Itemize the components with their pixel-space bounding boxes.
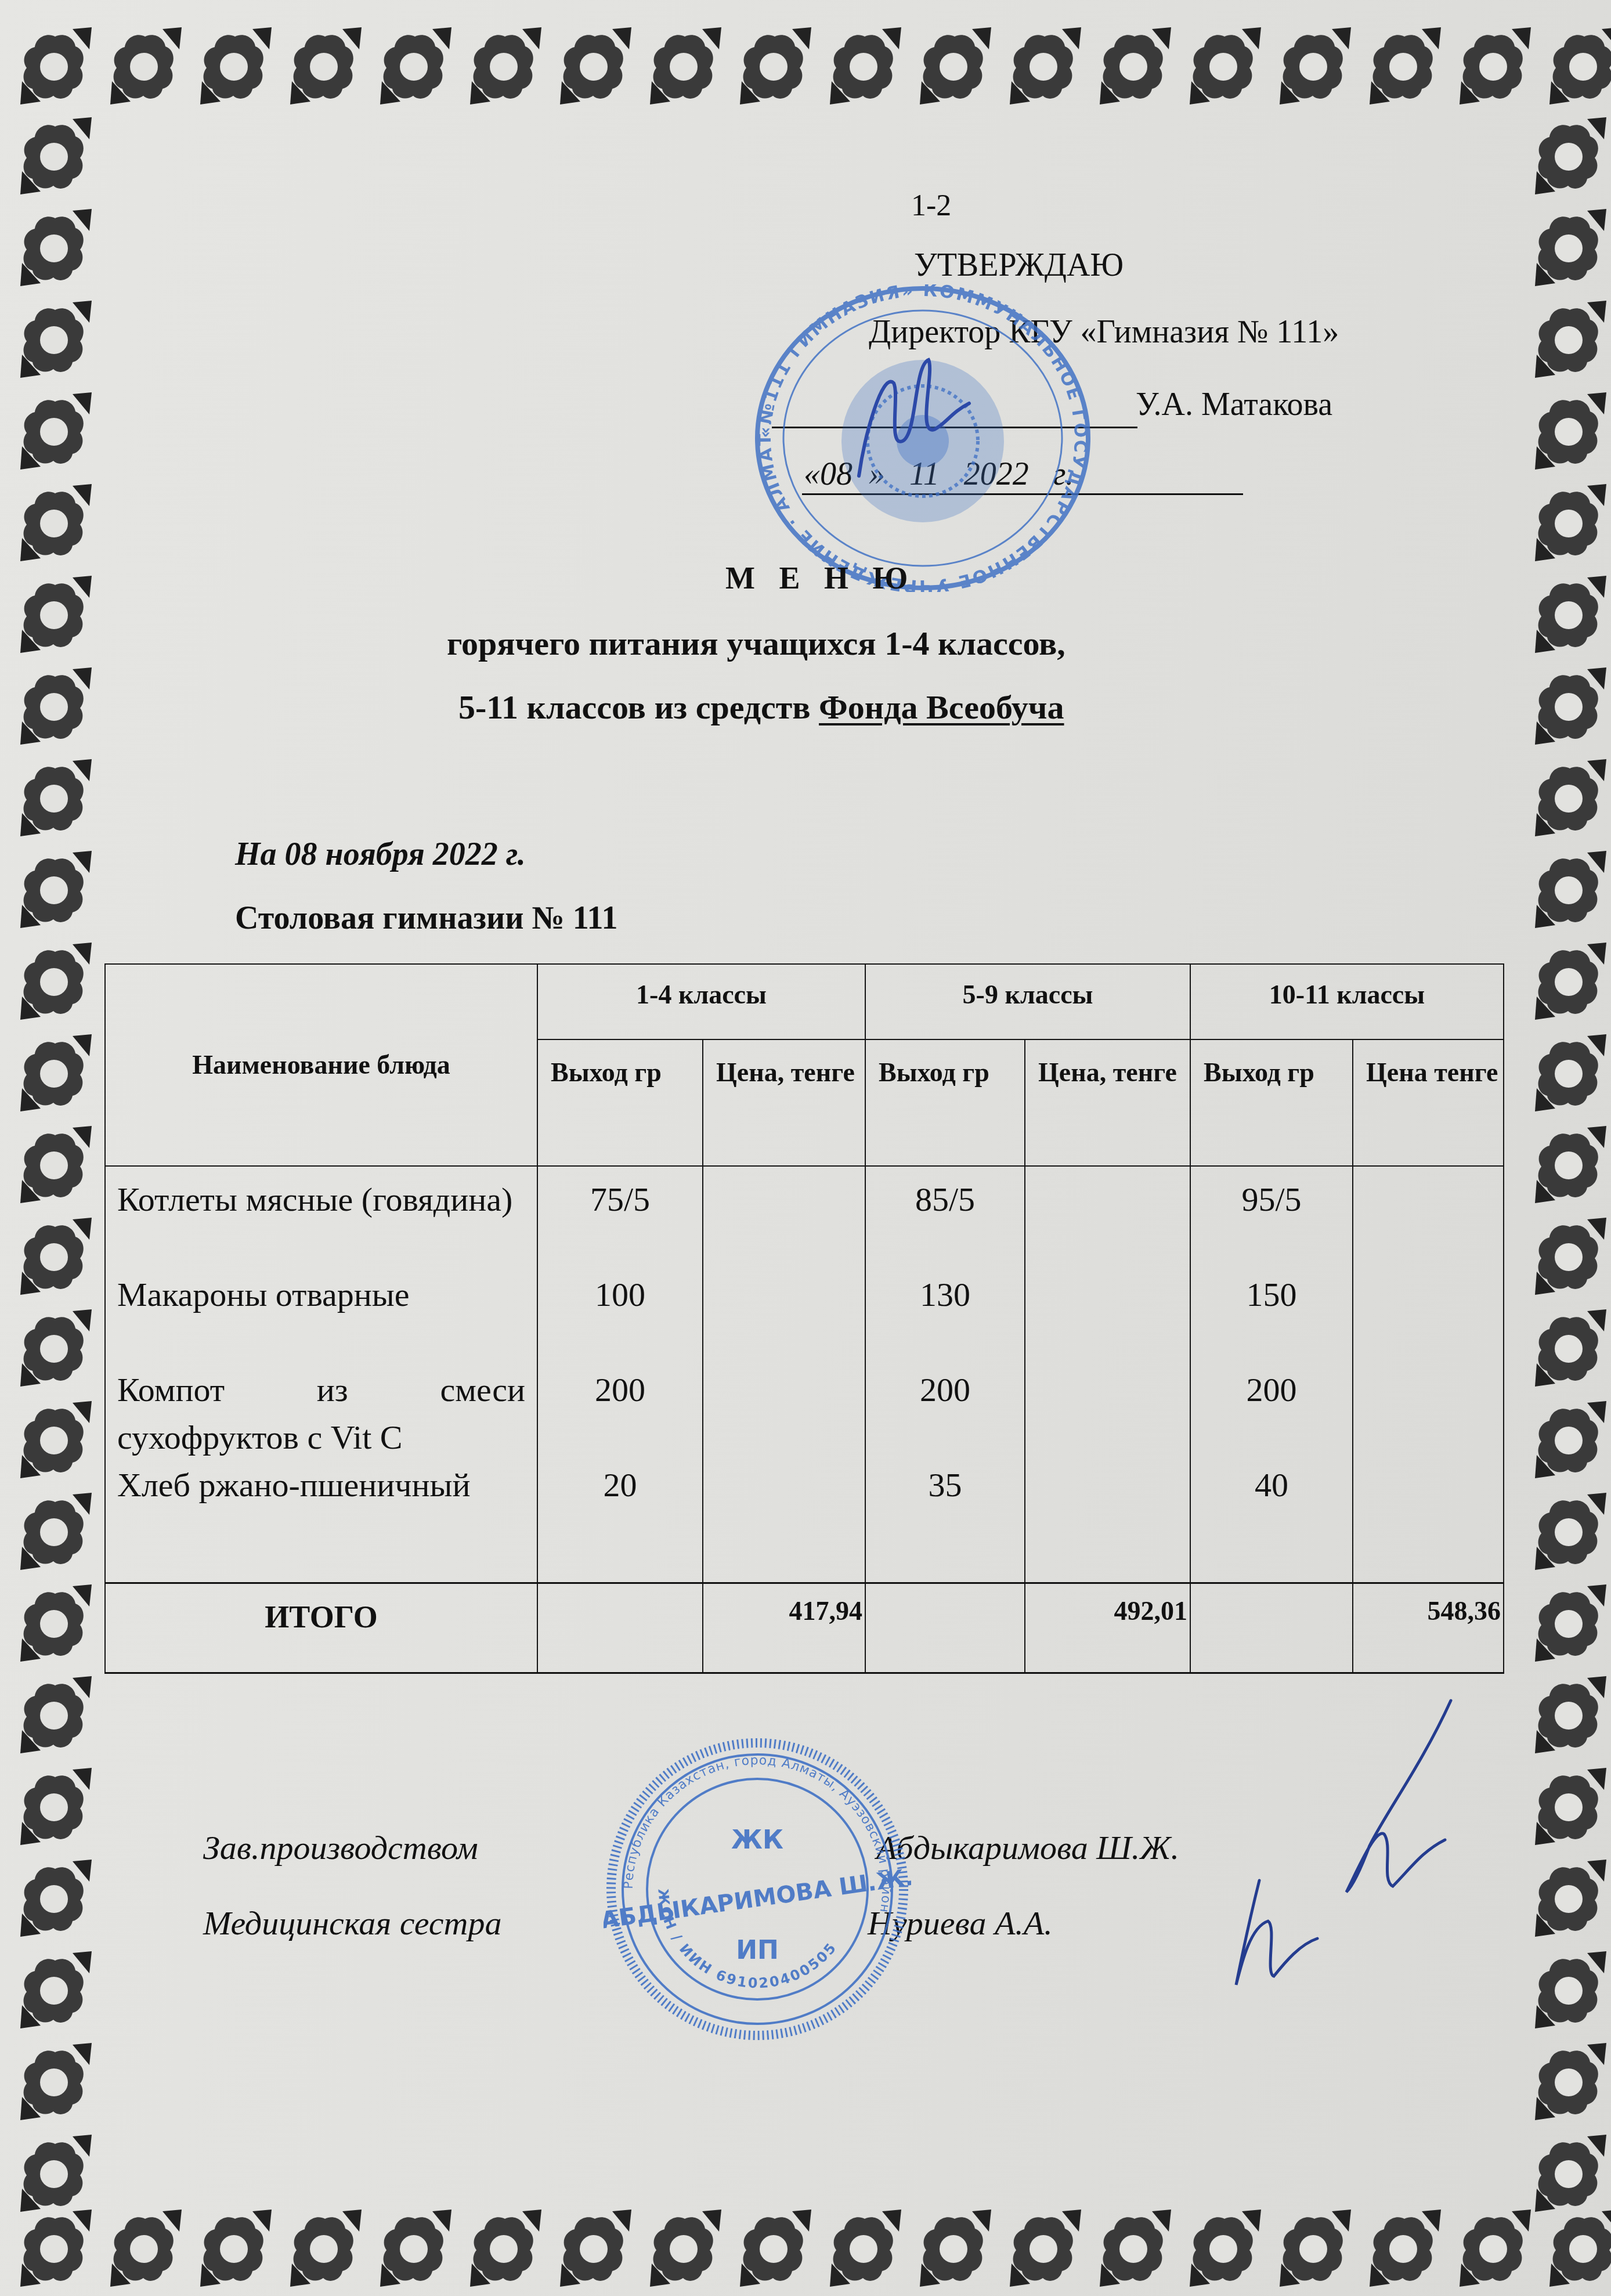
- flower-ornament-icon: [1532, 208, 1608, 289]
- flower-ornament-icon: [1097, 2208, 1172, 2290]
- flower-ornament-icon: [17, 1950, 93, 2031]
- signature-line: [772, 427, 1137, 428]
- flower-ornament-icon: [1532, 666, 1608, 748]
- yield-value: 200: [1191, 1366, 1352, 1461]
- flower-ornament-icon: [17, 2042, 93, 2123]
- empty-cell: [537, 1583, 703, 1673]
- flower-ornament-icon: [17, 1400, 93, 1481]
- flower-ornament-icon: [197, 2208, 273, 2290]
- yield-value: 75/5: [538, 1176, 702, 1271]
- flower-ornament-icon: [17, 299, 93, 381]
- flower-ornament-icon: [17, 1858, 93, 1940]
- flower-ornament-icon: [17, 208, 93, 289]
- signature-role: Медицинская сестра: [203, 1904, 501, 1943]
- flower-ornament-icon: [1007, 2208, 1082, 2290]
- flower-ornament-icon: [1457, 26, 1532, 107]
- yield-value: 95/5: [1191, 1176, 1352, 1271]
- flower-ornament-icon: [17, 1583, 93, 1665]
- approval-position: Директор КГУ «Гимназия № 111»: [869, 313, 1339, 351]
- flower-ornament-icon: [17, 26, 93, 107]
- page-number: 1-2: [911, 189, 951, 223]
- table-row: Котлеты мясные (говядина) Макароны отвар…: [105, 1166, 1504, 1583]
- yield-value: 35: [866, 1461, 1024, 1557]
- flower-ornament-icon: [917, 2208, 992, 2290]
- signature-name: Нуриева А.А.: [868, 1904, 1053, 1943]
- flower-ornament-icon: [1277, 2208, 1352, 2290]
- flower-ornament-icon: [1097, 26, 1172, 107]
- flower-ornament-icon: [1187, 26, 1262, 107]
- flower-ornament-icon: [917, 26, 992, 107]
- date-underline: [802, 493, 1243, 495]
- subtitle-prefix: 5-11 классов из средств: [458, 688, 819, 726]
- group-header: 10-11 классы: [1190, 964, 1504, 1039]
- approval-heading: УТВЕРЖДАЮ: [914, 247, 1124, 284]
- flower-ornament-icon: [287, 2208, 363, 2290]
- flower-ornament-icon: [17, 2133, 93, 2215]
- yield-value: 200: [538, 1366, 702, 1461]
- flower-ornament-icon: [647, 26, 723, 107]
- flower-ornament-icon: [1277, 26, 1352, 107]
- canteen-name: Столовая гимназии № 111: [235, 900, 618, 937]
- director-name: У.А. Матакова: [1136, 386, 1332, 423]
- flower-ornament-icon: [1457, 2208, 1532, 2290]
- flower-ornament-icon: [1532, 483, 1608, 564]
- price-column: [703, 1166, 865, 1583]
- flower-ornament-icon: [17, 483, 93, 564]
- flower-ornament-icon: [17, 391, 93, 472]
- flower-ornament-icon: [1532, 1216, 1608, 1298]
- yield-header: Выход гр: [1190, 1039, 1353, 1166]
- flower-ornament-icon: [1547, 26, 1611, 107]
- document-title: М Е Н Ю: [725, 560, 916, 596]
- flower-ornament-icon: [17, 1767, 93, 1848]
- menu-table: Наименование блюда 1-4 классы 5-9 классы…: [104, 963, 1504, 1674]
- yield-header: Выход гр: [537, 1039, 703, 1166]
- flower-ornament-icon: [1532, 1858, 1608, 1940]
- flower-ornament-icon: [17, 1675, 93, 1756]
- flower-ornament-icon: [17, 941, 93, 1023]
- flower-ornament-icon: [17, 2208, 93, 2290]
- flower-ornament-icon: [1532, 1400, 1608, 1481]
- flower-ornament-icon: [197, 26, 273, 107]
- yield-value: 130: [866, 1271, 1024, 1366]
- dish-item: Компот из смеси сухофруктов с Vit C: [117, 1366, 525, 1461]
- flower-ornament-icon: [1532, 1125, 1608, 1206]
- flower-ornament-icon: [557, 2208, 633, 2290]
- flower-ornament-icon: [1532, 850, 1608, 931]
- total-price: 548,36: [1353, 1583, 1504, 1673]
- total-price: 492,01: [1025, 1583, 1190, 1673]
- flower-ornament-icon: [1532, 391, 1608, 472]
- flower-ornament-icon: [1532, 1583, 1608, 1665]
- flower-ornament-icon: [737, 2208, 812, 2290]
- flower-ornament-icon: [1532, 1767, 1608, 1848]
- menu-date: На 08 ноября 2022 г.: [235, 836, 526, 873]
- flower-ornament-icon: [17, 850, 93, 931]
- yield-value: 20: [538, 1461, 702, 1557]
- empty-cell: [1190, 1583, 1353, 1673]
- flower-ornament-icon: [1532, 575, 1608, 656]
- yield-value: 40: [1191, 1461, 1352, 1557]
- flower-ornament-icon: [1532, 2133, 1608, 2215]
- flower-ornament-icon: [1532, 758, 1608, 839]
- dish-item: Макароны отварные: [117, 1271, 525, 1366]
- total-price: 417,94: [703, 1583, 865, 1673]
- flower-ornament-icon: [1532, 1492, 1608, 1573]
- dish-name-header: Наименование блюда: [105, 964, 537, 1166]
- yield-column: 85/5 130 200 35: [865, 1166, 1025, 1583]
- yield-column: 95/5 150 200 40: [1190, 1166, 1353, 1583]
- document-subtitle-line2: 5-11 классов из средств Фонда Всеобуча: [458, 688, 1064, 727]
- flower-ornament-icon: [107, 26, 183, 107]
- flower-ornament-icon: [557, 26, 633, 107]
- total-row: ИТОГО 417,94 492,01 548,36: [105, 1583, 1504, 1673]
- flower-ornament-icon: [647, 2208, 723, 2290]
- flower-ornament-icon: [377, 26, 453, 107]
- flower-ornament-icon: [17, 116, 93, 197]
- flower-ornament-icon: [1532, 1308, 1608, 1389]
- price-header: Цена, тенге: [1025, 1039, 1190, 1166]
- flower-ornament-icon: [17, 1125, 93, 1206]
- dish-item: Котлеты мясные (говядина): [117, 1176, 525, 1271]
- total-label: ИТОГО: [105, 1583, 537, 1673]
- flower-ornament-icon: [467, 2208, 543, 2290]
- price-column: [1353, 1166, 1504, 1583]
- flower-ornament-icon: [737, 26, 812, 107]
- price-header: Цена, тенге: [703, 1039, 865, 1166]
- flower-ornament-icon: [1532, 1950, 1608, 2031]
- price-column: [1025, 1166, 1190, 1583]
- flower-ornament-icon: [17, 666, 93, 748]
- flower-ornament-icon: [827, 26, 902, 107]
- signature-role: Зав.производством: [203, 1828, 478, 1867]
- flower-ornament-icon: [17, 1033, 93, 1114]
- flower-ornament-icon: [17, 1216, 93, 1298]
- document-subtitle-line1: горячего питания учащихся 1-4 классов,: [447, 624, 1065, 663]
- yield-value: 100: [538, 1271, 702, 1366]
- signature-name: Абдыкаримова Ш.Ж.: [876, 1828, 1179, 1867]
- yield-value: 85/5: [866, 1176, 1024, 1271]
- dish-list: Котлеты мясные (говядина) Макароны отвар…: [105, 1166, 537, 1583]
- flower-ornament-icon: [827, 2208, 902, 2290]
- yield-header: Выход гр: [865, 1039, 1025, 1166]
- dish-item: Хлеб ржано-пшеничный: [117, 1461, 525, 1557]
- flower-ornament-icon: [17, 1492, 93, 1573]
- flower-ornament-icon: [1367, 2208, 1442, 2290]
- yield-value: 200: [866, 1366, 1024, 1461]
- flower-ornament-icon: [17, 575, 93, 656]
- flower-ornament-icon: [377, 2208, 453, 2290]
- flower-ornament-icon: [1532, 1033, 1608, 1114]
- flower-ornament-icon: [287, 26, 363, 107]
- flower-ornament-icon: [1187, 2208, 1262, 2290]
- yield-column: 75/5 100 200 20: [537, 1166, 703, 1583]
- flower-ornament-icon: [1532, 1675, 1608, 1756]
- flower-ornament-icon: [1532, 941, 1608, 1023]
- flower-ornament-icon: [1367, 26, 1442, 107]
- flower-ornament-icon: [1547, 2208, 1611, 2290]
- group-header: 1-4 классы: [537, 964, 865, 1039]
- flower-ornament-icon: [107, 2208, 183, 2290]
- group-header: 5-9 классы: [865, 964, 1190, 1039]
- flower-ornament-icon: [467, 26, 543, 107]
- fund-name: Фонда Всеобуча: [819, 688, 1064, 726]
- flower-ornament-icon: [17, 1308, 93, 1389]
- yield-value: 150: [1191, 1271, 1352, 1366]
- flower-ornament-icon: [1532, 2042, 1608, 2123]
- flower-ornament-icon: [1532, 116, 1608, 197]
- approval-date: «08 » 11 2022 г.: [804, 456, 1074, 493]
- flower-ornament-icon: [1007, 26, 1082, 107]
- price-header: Цена тенге: [1353, 1039, 1504, 1166]
- flower-ornament-icon: [1532, 299, 1608, 381]
- empty-cell: [865, 1583, 1025, 1673]
- flower-ornament-icon: [17, 758, 93, 839]
